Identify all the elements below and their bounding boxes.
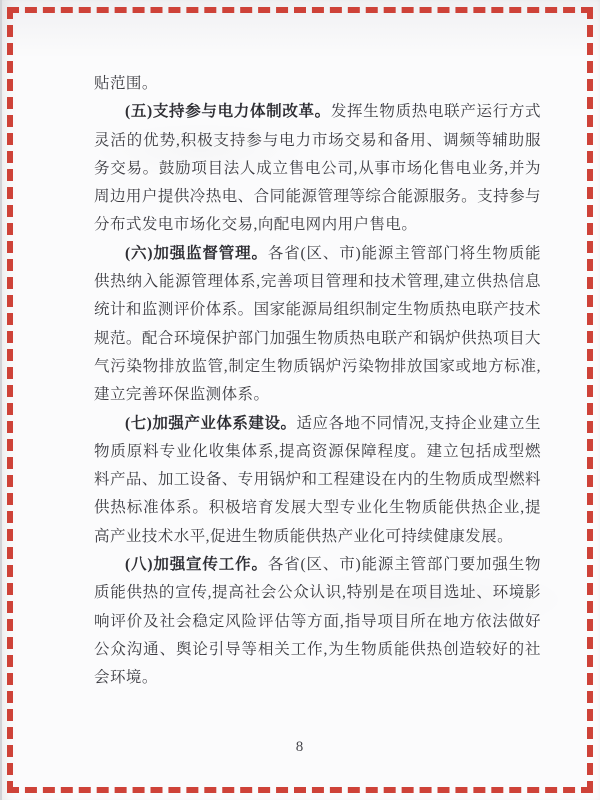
paragraph: (七)加强产业体系建设。适应各地不同情况,支持企业建立生物质原料专业化收集体系,… [94, 410, 541, 551]
paragraph-heading: (八)加强宣传工作。 [125, 556, 268, 573]
paragraph: (六)加强监督管理。各省(区、市)能源主管部门将生物质能供热纳入能源管理体系,完… [94, 240, 541, 410]
page-number: 8 [0, 739, 600, 756]
paragraph-heading: (七)加强产业体系建设。 [125, 415, 296, 432]
paragraph-heading: (六)加强监督管理。 [125, 245, 268, 262]
scanned-document-page: 贴范围。(五)支持参与电力体制改革。发挥生物质热电联产运行方式灵活的优势,积极支… [0, 0, 600, 800]
paragraph: 贴范围。 [94, 70, 541, 98]
paragraph: (五)支持参与电力体制改革。发挥生物质热电联产运行方式灵活的优势,积极支持参与电… [94, 98, 541, 239]
document-body: 贴范围。(五)支持参与电力体制改革。发挥生物质热电联产运行方式灵活的优势,积极支… [94, 70, 541, 693]
paragraph: (八)加强宣传工作。各省(区、市)能源主管部门要加强生物质能供热的宣传,提高社会… [94, 551, 541, 692]
paragraph-heading: (五)支持参与电力体制改革。 [125, 103, 331, 120]
